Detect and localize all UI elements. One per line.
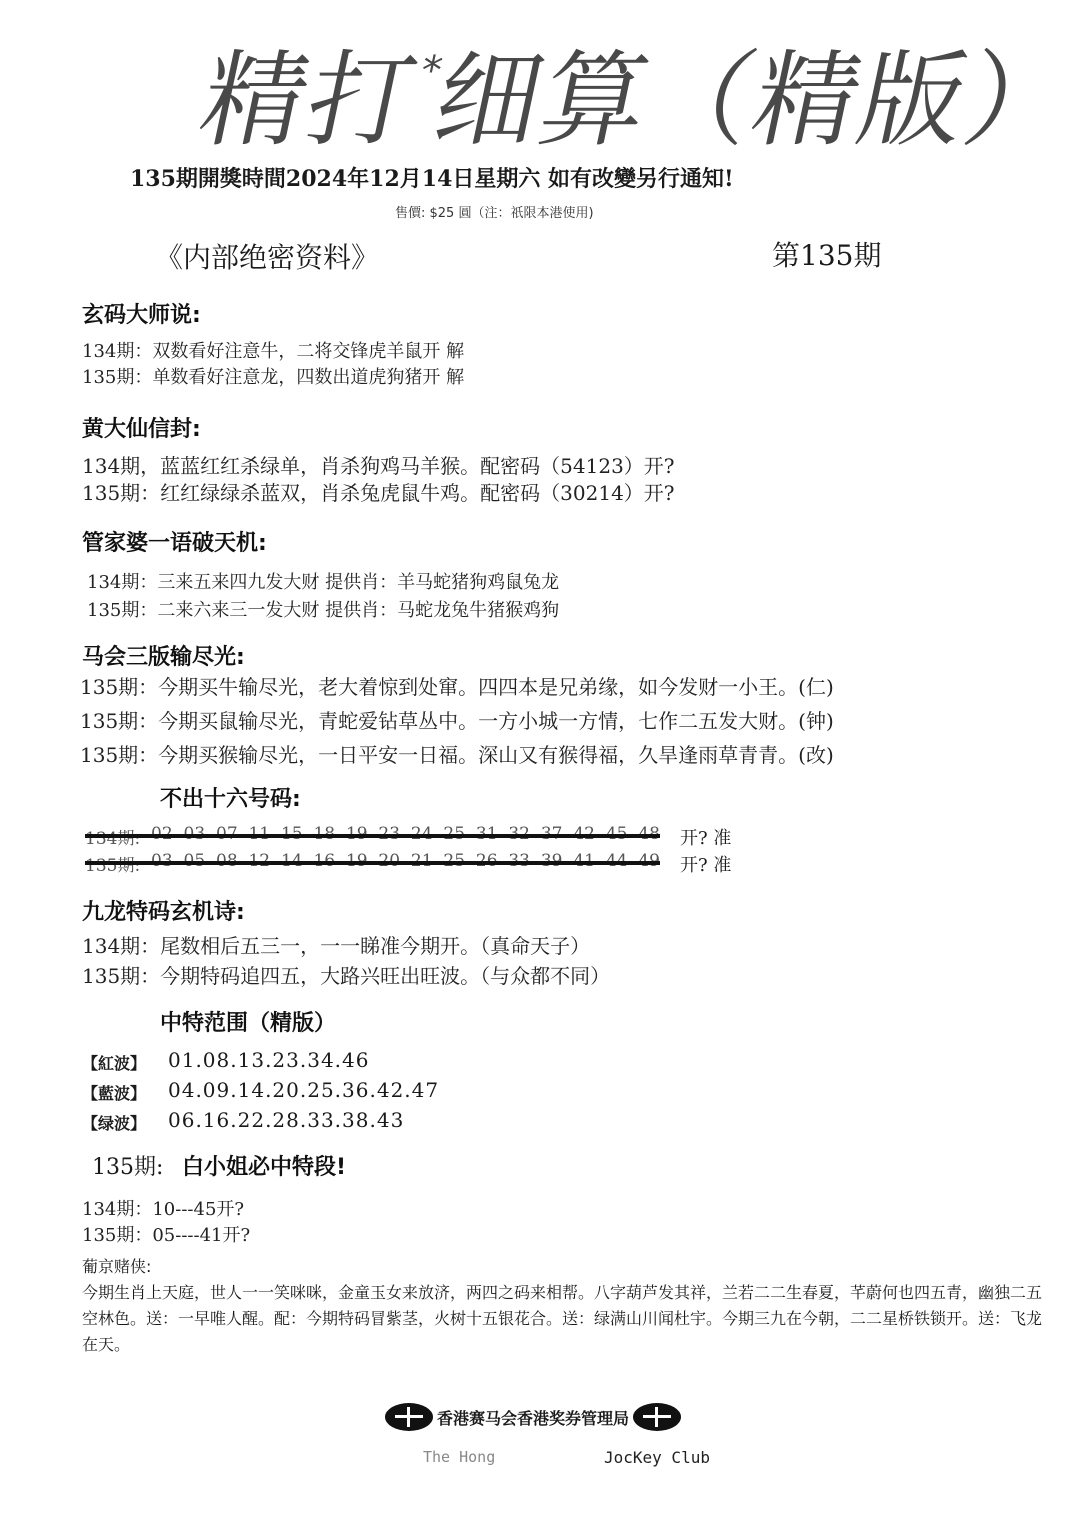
guanjiapo-line: 135期：二来六来三一发大财 提供肖：马蛇龙兔牛猪猴鸡狗 xyxy=(87,596,559,622)
mahui-line: 135期：今期买牛输尽光，老大着惊到处窜。四四本是兄弟缘，如今发财一小王。(仁) xyxy=(80,671,834,700)
section-heading-baixiaojie: 白小姐必中特段! xyxy=(182,1150,346,1181)
baixiaojie-prefix: 135期: xyxy=(92,1150,163,1181)
xuanma-line: 134期：双数看好注意牛，二将交锋虎羊鼠开 解 xyxy=(82,337,464,363)
excluded-numbers-row: 135期: 03 05 08 12 14 16 19 20 21 25 26 3… xyxy=(85,851,660,875)
footer-en-left: The Hong xyxy=(423,1448,495,1466)
section-heading-buchu16: 不出十六号码: xyxy=(160,782,301,813)
xuanma-line: 135期：单数看好注意龙，四数出道虎狗猪开 解 xyxy=(82,363,464,389)
wave-numbers-green: 06.16.22.28.33.38.43 xyxy=(168,1108,404,1132)
row-suffix: 开? 准 xyxy=(680,824,731,850)
footer-org: 香港赛马会香港奖券管理局 xyxy=(385,1403,681,1431)
jiulong-line: 135期：今期特码追四五，大路兴旺出旺波。（与众都不同） xyxy=(82,960,610,989)
price-note: 售價: $25 圓（注：祇限本港使用) xyxy=(395,202,594,221)
excluded-numbers-row: 134期: 02 03 07 11 15 18 19 23 24 25 31 3… xyxy=(85,824,660,848)
secret-title: 《内部绝密资料》 xyxy=(155,236,379,276)
huangdaxian-line: 135期：红红绿绿杀蓝双，肖杀兔虎鼠牛鸡。配密码（30214）开? xyxy=(82,477,675,506)
section-heading-xuanma: 玄码大师说: xyxy=(82,298,201,329)
footer-en-right: JocKey Club xyxy=(604,1448,710,1467)
strikethrough-line xyxy=(85,861,660,865)
baixiaojie-line: 135期：05----41开? xyxy=(82,1221,250,1247)
document-title: 精 打 * 细 算 （ 精 版 ） xyxy=(192,28,899,153)
wave-label-blue: 【藍波】 xyxy=(82,1081,146,1104)
section-heading-jiulong: 九龙特码玄机诗: xyxy=(82,895,245,926)
strikethrough-line xyxy=(85,834,660,838)
section-heading-zhongte: 中特范围（精版） xyxy=(160,1006,336,1037)
wave-numbers-blue: 04.09.14.20.25.36.42.47 xyxy=(168,1078,439,1102)
jockey-club-emblem-icon xyxy=(385,1403,433,1431)
section-heading-pujing: 葡京赌侠: xyxy=(82,1254,151,1277)
draw-time: 135期開獎時間2024年12月14日星期六 如有改變另行通知! xyxy=(130,162,734,193)
mahui-line: 135期：今期买猴输尽光，一日平安一日福。深山又有猴得福，久旱逢雨草青青。(改) xyxy=(80,739,834,768)
mahui-line: 135期：今期买鼠输尽光，青蛇爱钻草丛中。一方小城一方情，七作二五发大财。(钟) xyxy=(80,705,834,734)
wave-label-red: 【紅波】 xyxy=(82,1051,146,1074)
pujing-paragraph: 今期生肖上天庭，世人一一笑咪咪，金童玉女来放济，两四之码来相帮。八字葫芦发其祥，… xyxy=(82,1280,1042,1358)
guanjiapo-line: 134期：三来五来四九发大财 提供肖：羊马蛇猪狗鸡鼠兔龙 xyxy=(87,568,559,594)
jiulong-line: 134期：尾数相后五三一，一一睇准今期开。（真命天子） xyxy=(82,930,590,959)
baixiaojie-line: 134期：10---45开? xyxy=(82,1195,244,1221)
section-heading-mahui: 马会三版输尽光: xyxy=(82,640,245,671)
huangdaxian-line: 134期，蓝蓝红红杀绿单，肖杀狗鸡马羊猴。配密码（54123）开? xyxy=(82,450,675,479)
section-heading-guanjiapo: 管家婆一语破天机: xyxy=(82,526,267,557)
row-suffix: 开? 准 xyxy=(680,851,731,877)
wave-numbers-red: 01.08.13.23.34.46 xyxy=(168,1048,369,1072)
issue-number: 第135期 xyxy=(772,234,881,274)
org-name: 香港赛马会香港奖券管理局 xyxy=(437,1406,629,1429)
jockey-club-emblem-icon xyxy=(633,1403,681,1431)
section-heading-huangdaxian: 黄大仙信封: xyxy=(82,412,201,443)
wave-label-green: 【绿波】 xyxy=(82,1111,146,1134)
